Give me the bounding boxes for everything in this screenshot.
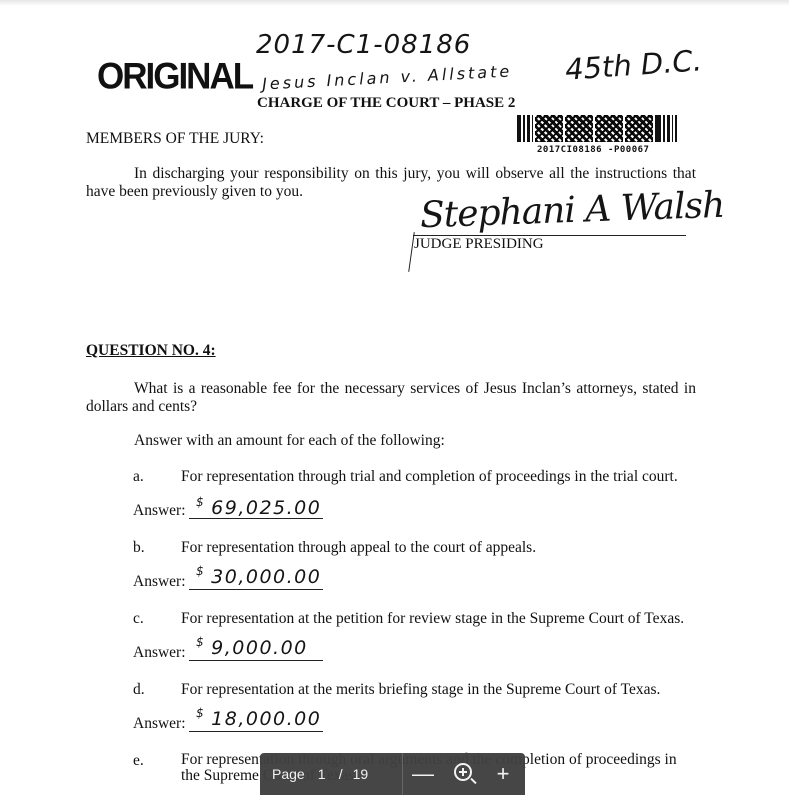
handwritten-case-number: 2017-C1-08186 <box>256 30 471 60</box>
zoom-out-button[interactable]: — <box>403 761 443 787</box>
answer-amount: 69,025.00 <box>211 497 321 519</box>
dollar-mark: $ <box>196 635 205 649</box>
pdf-page-toolbar: Page 1 / 19 — + <box>260 753 525 795</box>
handwritten-court: 45th D.C. <box>564 43 703 86</box>
document-title: CHARGE OF THE COURT – PHASE 2 <box>257 95 515 112</box>
plus-icon: + <box>497 761 510 786</box>
fit-zoom-button[interactable] <box>443 761 483 787</box>
item-letter: d. <box>133 681 145 699</box>
current-page-input[interactable]: 1 <box>315 766 329 782</box>
question-heading: QUESTION NO. 4: <box>86 342 216 360</box>
answer-line <box>189 731 323 732</box>
item-text: For representation through trial and com… <box>181 468 678 486</box>
magnifier-plus-icon <box>454 763 472 781</box>
answer-amount: 9,000.00 <box>211 637 308 659</box>
question-instruction: Answer with an amount for each of the fo… <box>86 432 696 450</box>
item-text: For representation at the merits briefin… <box>181 681 660 699</box>
item-letter: c. <box>133 610 144 628</box>
jury-salutation: MEMBERS OF THE JURY: <box>86 130 264 148</box>
item-text: For representation at the petition for r… <box>181 610 684 628</box>
answer-label: Answer: <box>133 644 186 662</box>
page-indicator: Page 1 / 19 <box>260 766 402 782</box>
barcode <box>517 115 707 142</box>
answer-line <box>189 589 323 590</box>
page-label: Page <box>272 766 305 782</box>
answer-value: $69,025.00 <box>196 495 321 519</box>
answer-label: Answer: <box>133 715 186 733</box>
item-text: For representation through appeal to the… <box>181 539 536 557</box>
answer-amount: 18,000.00 <box>211 708 321 730</box>
total-pages: 19 <box>353 766 369 782</box>
answer-label: Answer: <box>133 502 186 520</box>
answer-label: Answer: <box>133 573 186 591</box>
item-letter: e. <box>133 752 144 770</box>
dollar-mark: $ <box>196 495 205 509</box>
dollar-mark: $ <box>196 706 205 720</box>
page-separator: / <box>339 766 343 782</box>
answer-line <box>189 518 323 519</box>
barcode-number: 2017CI08186 -P00067 <box>537 145 649 155</box>
handwritten-parties: Jesus Inclan v. Allstate <box>262 61 513 93</box>
viewer-top-shade <box>0 0 789 6</box>
answer-value: $30,000.00 <box>196 564 321 588</box>
dollar-mark: $ <box>196 564 205 578</box>
zoom-in-button[interactable]: + <box>483 761 523 787</box>
question-prompt: What is a reasonable fee for the necessa… <box>86 380 696 416</box>
answer-value: $9,000.00 <box>196 635 308 659</box>
answer-value: $18,000.00 <box>196 706 321 730</box>
signature-label: JUDGE PRESIDING <box>414 236 544 253</box>
answer-amount: 30,000.00 <box>211 566 321 588</box>
original-stamp: ORIGINAL <box>97 56 252 98</box>
item-letter: a. <box>133 468 144 486</box>
minus-icon: — <box>412 761 434 786</box>
item-letter: b. <box>133 539 145 557</box>
answer-line <box>189 660 323 661</box>
